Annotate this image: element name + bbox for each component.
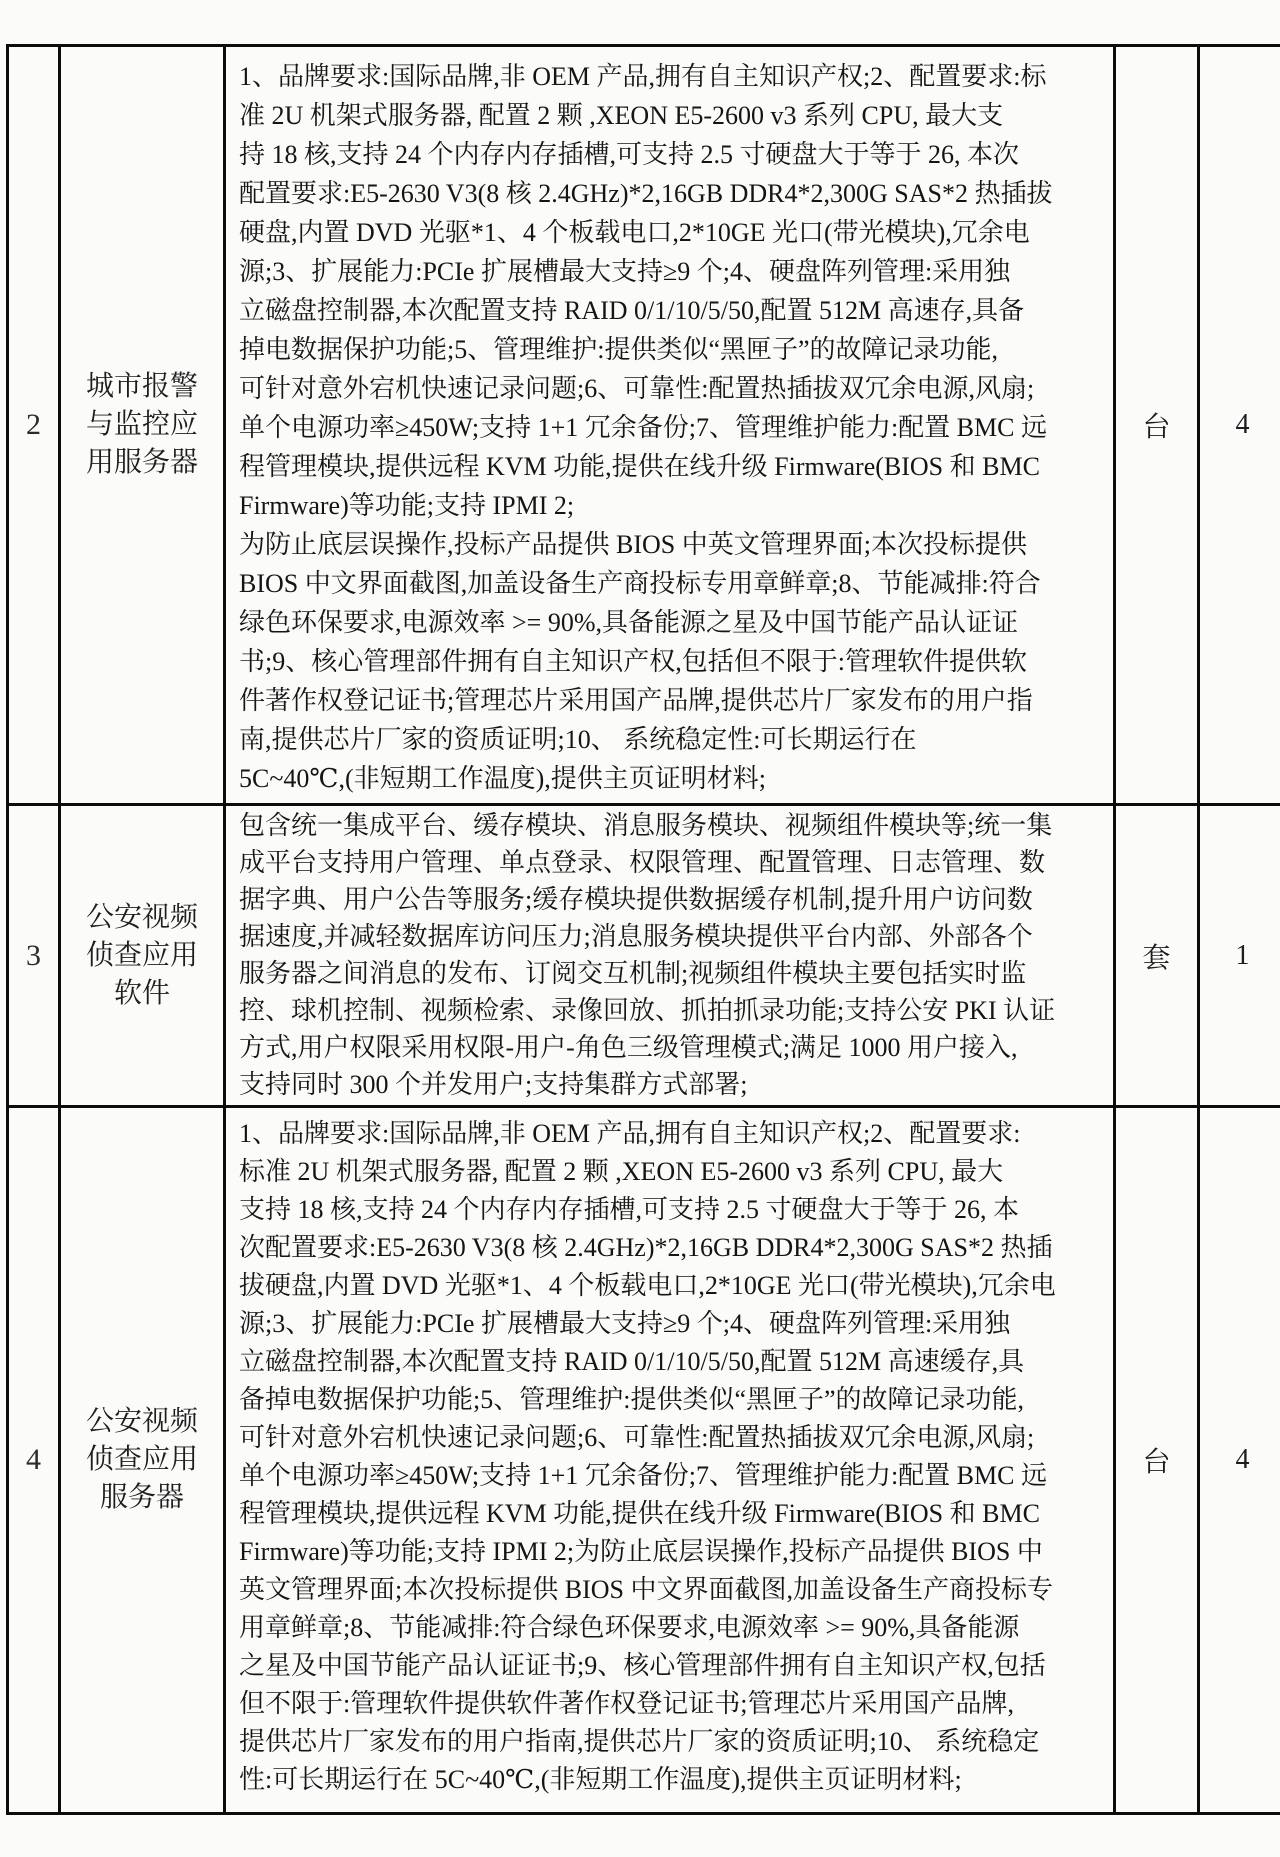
item-quantity: 4 [1199,1107,1280,1814]
text-line: 单个电源功率≥450W;支持 1+1 冗余备份;7、管理维护能力:配置 BMC … [226,1457,1113,1495]
text-line: 程管理模块,提供远程 KVM 功能,提供在线升级 Firmware(BIOS 和… [226,447,1113,486]
equipment-spec-table: 2 城市报警与监控应用服务器 1、品牌要求:国际品牌,非 OEM 产品,拥有自主… [6,44,1280,1815]
item-spec: 1、品牌要求:国际品牌,非 OEM 产品,拥有自主知识产权;2、配置要求:标准 … [225,46,1115,805]
text-line: 程管理模块,提供远程 KVM 功能,提供在线升级 Firmware(BIOS 和… [226,1495,1113,1533]
text-line: 可针对意外宕机快速记录问题;6、可靠性:配置热插拔双冗余电源,风扇; [226,369,1113,408]
text-line: 硬盘,内置 DVD 光驱*1、4 个板载电口,2*10GE 光口(带光模块),冗… [226,213,1113,252]
text-line: 绿色环保要求,电源效率 >= 90%,具备能源之星及中国节能产品认证证 [226,603,1113,642]
item-name: 公安视频侦查应用服务器 [60,1107,225,1814]
text-line: 方式,用户权限采用权限-用户-角色三级管理模式;满足 1000 用户接入, [226,1029,1113,1066]
text-line: 成平台支持用户管理、单点登录、权限管理、配置管理、日志管理、数 [226,844,1113,881]
item-quantity: 1 [1199,805,1280,1107]
table-row: 3 公安视频侦查应用软件 包含统一集成平台、缓存模块、消息服务模块、视频组件模块… [8,805,1280,1107]
text-line: 据字典、用户公告等服务;缓存模块提供数据缓存机制,提升用户访问数 [226,881,1113,918]
text-line: 为防止底层误操作,投标产品提供 BIOS 中英文管理界面;本次投标提供 [226,525,1113,564]
table-row: 4 公安视频侦查应用服务器 1、品牌要求:国际品牌,非 OEM 产品,拥有自主知… [8,1107,1280,1814]
text-line: 服务器 [61,1479,223,1517]
item-spec: 1、品牌要求:国际品牌,非 OEM 产品,拥有自主知识产权;2、配置要求:标准 … [225,1107,1115,1814]
item-quantity: 4 [1199,46,1280,805]
item-unit: 台 [1115,46,1199,805]
text-line: 南,提供芯片厂家的资质证明;10、 系统稳定性:可长期运行在 [226,720,1113,759]
text-line: 源;3、扩展能力:PCIe 扩展槽最大支持≥9 个;4、硬盘阵列管理:采用独 [226,252,1113,291]
text-line: 准 2U 机架式服务器, 配置 2 颗 ,XEON E5-2600 v3 系列 … [226,96,1113,135]
text-line: 之星及中国节能产品认证证书;9、核心管理部件拥有自主知识产权,包括 [226,1647,1113,1685]
text-line: 标准 2U 机架式服务器, 配置 2 颗 ,XEON E5-2600 v3 系列… [226,1153,1113,1191]
text-line: 拔硬盘,内置 DVD 光驱*1、4 个板载电口,2*10GE 光口(带光模块),… [226,1267,1113,1305]
text-line: 但不限于:管理软件提供软件著作权登记证书;管理芯片采用国产品牌, [226,1685,1113,1723]
item-unit: 台 [1115,1107,1199,1814]
text-line: 次配置要求:E5-2630 V3(8 核 2.4GHz)*2,16GB DDR4… [226,1229,1113,1267]
text-line: 配置要求:E5-2630 V3(8 核 2.4GHz)*2,16GB DDR4*… [226,174,1113,213]
text-line: 控、球机控制、视频检索、录像回放、抓拍抓录功能;支持公安 PKI 认证 [226,992,1113,1029]
text-line: 单个电源功率≥450W;支持 1+1 冗余备份;7、管理维护能力:配置 BMC … [226,408,1113,447]
text-line: 服务器之间消息的发布、订阅交互机制;视频组件模块主要包括实时监 [226,955,1113,992]
text-line: 立磁盘控制器,本次配置支持 RAID 0/1/10/5/50,配置 512M 高… [226,291,1113,330]
text-line: 据速度,并减轻数据库访问压力;消息服务模块提供平台内部、外部各个 [226,918,1113,955]
text-line: 持 18 核,支持 24 个内存内存插槽,可支持 2.5 寸硬盘大于等于 26,… [226,135,1113,174]
text-line: 立磁盘控制器,本次配置支持 RAID 0/1/10/5/50,配置 512M 高… [226,1343,1113,1381]
scanned-document-page: 2 城市报警与监控应用服务器 1、品牌要求:国际品牌,非 OEM 产品,拥有自主… [0,0,1280,1857]
text-line: 城市报警 [61,368,223,406]
text-line: 支持同时 300 个并发用户;支持集群方式部署; [226,1066,1113,1103]
text-line: 侦查应用 [61,937,223,975]
text-line: 提供芯片厂家发布的用户指南,提供芯片厂家的资质证明;10、 系统稳定 [226,1723,1113,1761]
text-line: Firmware)等功能;支持 IPMI 2;为防止底层误操作,投标产品提供 B… [226,1533,1113,1571]
item-spec: 包含统一集成平台、缓存模块、消息服务模块、视频组件模块等;统一集成平台支持用户管… [225,805,1115,1107]
text-line: 性:可长期运行在 5C~40℃,(非短期工作温度),提供主页证明材料; [226,1761,1113,1799]
text-line: 公安视频 [61,899,223,937]
text-line: 掉电数据保护功能;5、管理维护:提供类似“黑匣子”的故障记录功能, [226,330,1113,369]
text-line: 包含统一集成平台、缓存模块、消息服务模块、视频组件模块等;统一集 [226,807,1113,844]
text-line: 备掉电数据保护功能;5、管理维护:提供类似“黑匣子”的故障记录功能, [226,1381,1113,1419]
text-line: 5C~40℃,(非短期工作温度),提供主页证明材料; [226,759,1113,798]
item-unit: 套 [1115,805,1199,1107]
text-line: 书;9、核心管理部件拥有自主知识产权,包括但不限于:管理软件提供软 [226,642,1113,681]
text-line: 用服务器 [61,444,223,482]
text-line: 公安视频 [61,1403,223,1441]
text-line: 支持 18 核,支持 24 个内存内存插槽,可支持 2.5 寸硬盘大于等于 26… [226,1191,1113,1229]
row-number: 4 [8,1107,60,1814]
row-number: 3 [8,805,60,1107]
text-line: 1、品牌要求:国际品牌,非 OEM 产品,拥有自主知识产权;2、配置要求:标 [226,57,1113,96]
text-line: 1、品牌要求:国际品牌,非 OEM 产品,拥有自主知识产权;2、配置要求: [226,1115,1113,1153]
text-line: 可针对意外宕机快速记录问题;6、可靠性:配置热插拔双冗余电源,风扇; [226,1419,1113,1457]
text-line: 用章鲜章;8、节能减排:符合绿色环保要求,电源效率 >= 90%,具备能源 [226,1609,1113,1647]
table-row: 2 城市报警与监控应用服务器 1、品牌要求:国际品牌,非 OEM 产品,拥有自主… [8,46,1280,805]
item-name: 城市报警与监控应用服务器 [60,46,225,805]
item-name: 公安视频侦查应用软件 [60,805,225,1107]
text-line: BIOS 中文界面截图,加盖设备生产商投标专用章鲜章;8、节能减排:符合 [226,564,1113,603]
text-line: 源;3、扩展能力:PCIe 扩展槽最大支持≥9 个;4、硬盘阵列管理:采用独 [226,1305,1113,1343]
text-line: 软件 [61,975,223,1013]
text-line: 件著作权登记证书;管理芯片采用国产品牌,提供芯片厂家发布的用户指 [226,681,1113,720]
text-line: 与监控应 [61,406,223,444]
text-line: 英文管理界面;本次投标提供 BIOS 中文界面截图,加盖设备生产商投标专 [226,1571,1113,1609]
text-line: 侦查应用 [61,1441,223,1479]
row-number: 2 [8,46,60,805]
text-line: Firmware)等功能;支持 IPMI 2; [226,486,1113,525]
